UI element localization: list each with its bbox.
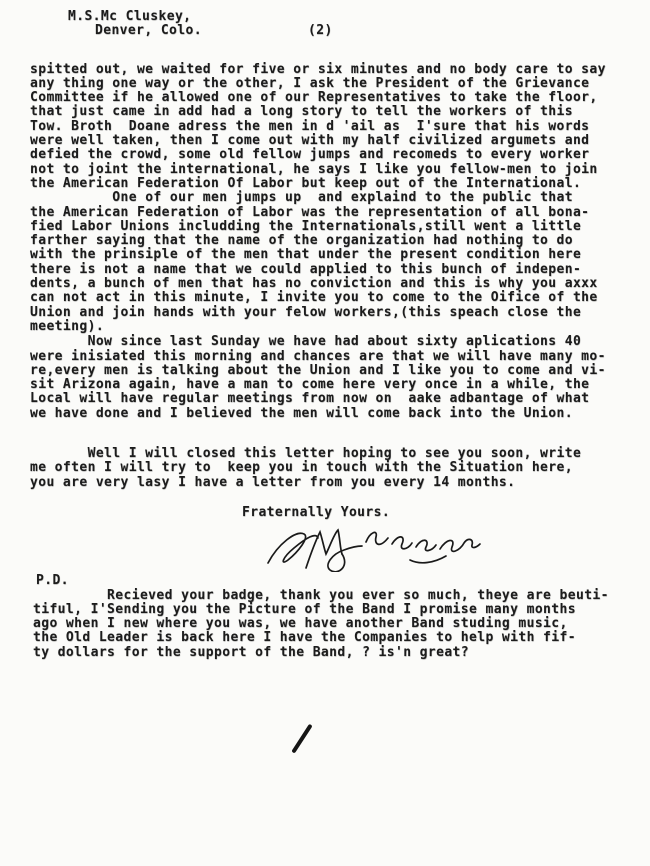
letter-header: M.S.Mc Cluskey, Denver, Colo. (2) [0, 0, 650, 39]
postscript-label: P.D. [36, 574, 650, 588]
postscript-text: Recieved your badge, thank you ever so m… [33, 589, 630, 660]
scanned-letter-page: M.S.Mc Cluskey, Denver, Colo. (2) spitte… [0, 0, 650, 866]
page-number: (2) [308, 24, 333, 38]
closing-salutation: Fraternally Yours. [242, 506, 650, 520]
pen-stroke-mark [291, 724, 312, 754]
paragraph-3: Now since last Sunday we have had about … [30, 335, 630, 421]
paragraph-2: One of our men jumps up and explaind to … [30, 191, 630, 334]
signature-scribble-icon [262, 522, 500, 572]
letter-body: spitted out, we waited for five or six m… [30, 63, 630, 490]
paragraph-1: spitted out, we waited for five or six m… [30, 63, 630, 192]
handwritten-signature [262, 522, 650, 572]
addressee-name: M.S.Mc Cluskey, [68, 10, 650, 24]
paragraph-4: Well I will closed this letter hoping to… [30, 447, 630, 490]
addressee-city: Denver, Colo. [95, 24, 650, 38]
